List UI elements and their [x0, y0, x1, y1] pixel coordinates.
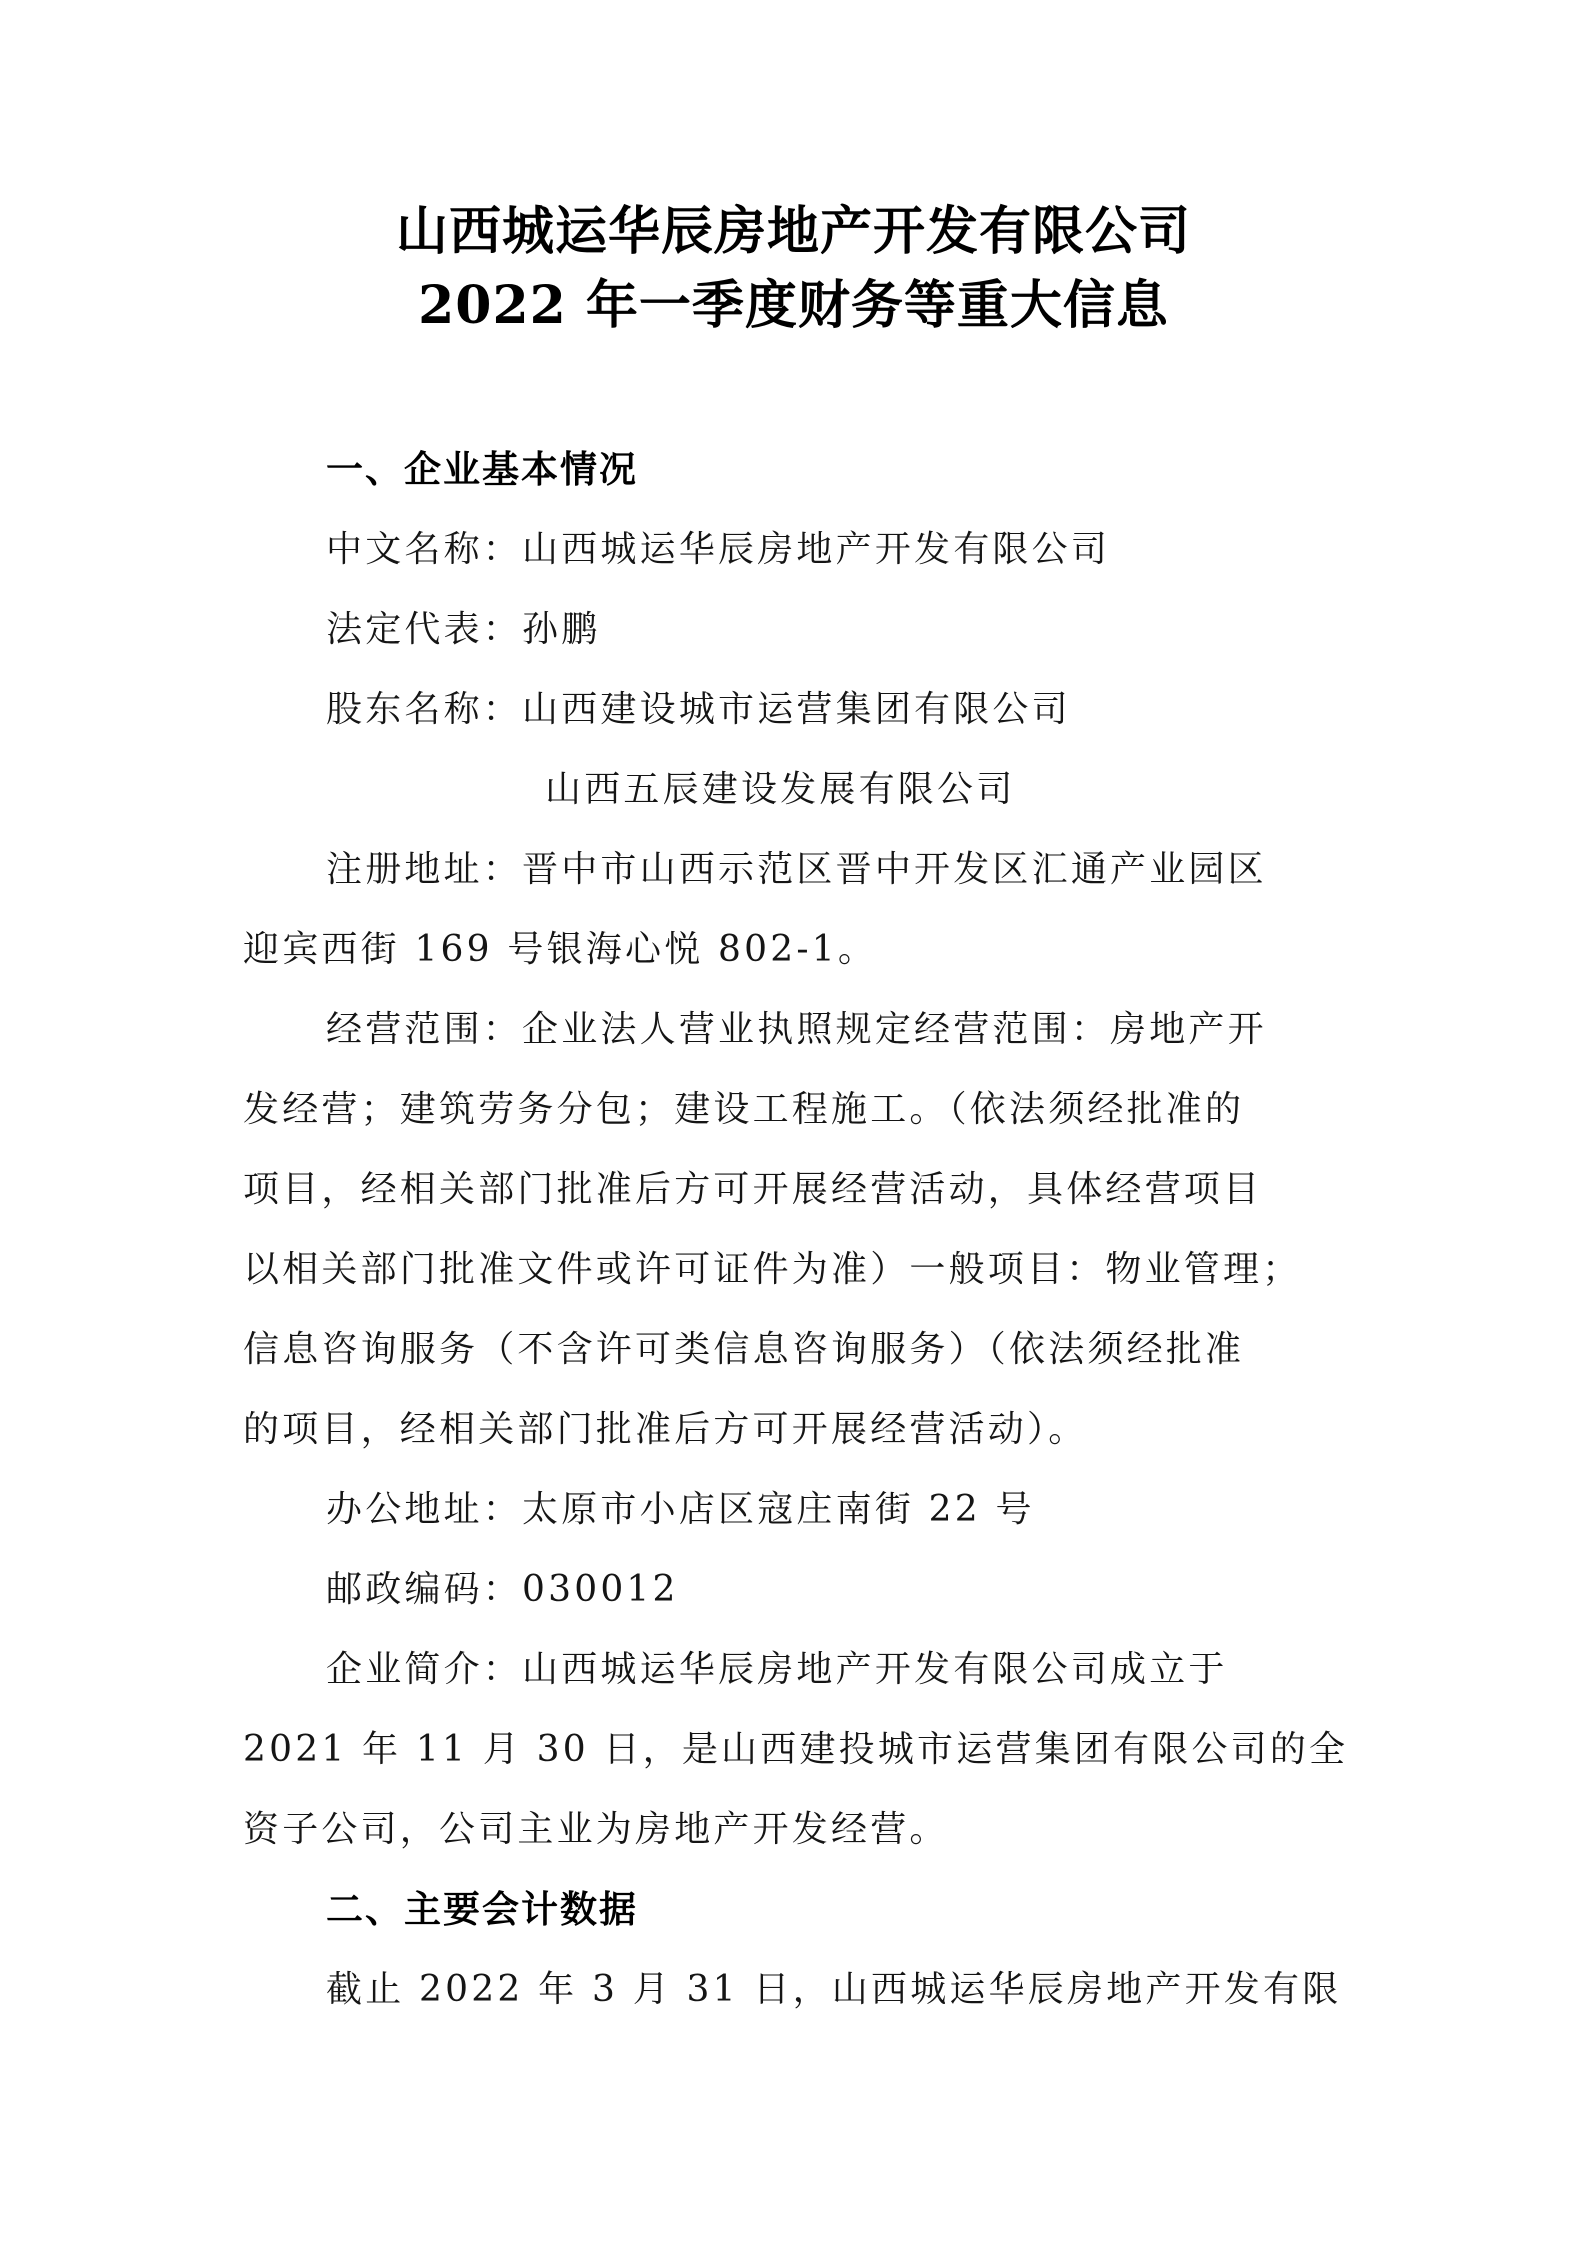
document-page: 山西城运华辰房地产开发有限公司 2022 年一季度财务等重大信息 一、企业基本情…: [0, 0, 1587, 2245]
field-label: 中文名称：: [326, 529, 522, 570]
field-value: 山西城运华辰房地产开发有限公司成立于: [522, 1649, 1228, 1690]
company-profile-line: 资子公司，公司主业为房地产开发经营。: [243, 1790, 1345, 1870]
business-scope-line: 以相关部门批准文件或许可证件为准）一般项目：物业管理；: [243, 1230, 1345, 1310]
field-label: 注册地址：: [326, 849, 522, 890]
shareholder-1: 山西建设城市运营集团有限公司: [522, 689, 1071, 730]
business-scope-line: 项目，经相关部门批准后方可开展经营活动，具体经营项目: [243, 1150, 1345, 1230]
field-value: 晋中市山西示范区晋中开发区汇通产业园区: [522, 849, 1267, 890]
field-value: 030012: [522, 1569, 679, 1610]
field-label: 邮政编码：: [326, 1569, 522, 1610]
accounting-data-paragraph: 截止 2022 年 3 月 31 日，山西城运华辰房地产开发有限: [326, 1950, 1346, 2030]
field-chinese-name: 中文名称：山西城运华辰房地产开发有限公司: [326, 510, 1346, 590]
field-value: 山西城运华辰房地产开发有限公司: [522, 529, 1110, 570]
business-scope-line: 信息咨询服务（不含许可类信息咨询服务）（依法须经批准: [243, 1310, 1345, 1390]
field-value: 太原市小店区寇庄南街 22 号: [522, 1489, 1035, 1530]
field-legal-representative: 法定代表：孙鹏: [326, 590, 1346, 670]
field-label: 法定代表：: [326, 609, 522, 650]
field-office-address: 办公地址：太原市小店区寇庄南街 22 号: [326, 1470, 1346, 1550]
field-business-scope: 经营范围：企业法人营业执照规定经营范围：房地产开: [326, 990, 1346, 1070]
field-label: 经营范围：: [326, 1009, 522, 1050]
field-label: 股东名称：: [326, 689, 522, 730]
company-profile-line: 2021 年 11 月 30 日，是山西建投城市运营集团有限公司的全: [243, 1710, 1345, 1790]
field-shareholders: 股东名称：山西建设城市运营集团有限公司: [326, 670, 1346, 750]
shareholder-2: 山西五辰建设发展有限公司: [545, 750, 1345, 830]
section-heading-accounting-data: 二、主要会计数据: [326, 1870, 1346, 1950]
field-postal-code: 邮政编码：030012: [326, 1550, 1346, 1630]
field-label: 办公地址：: [326, 1489, 522, 1530]
field-label: 企业简介：: [326, 1649, 522, 1690]
business-scope-line: 的项目，经相关部门批准后方可开展经营活动）。: [243, 1390, 1345, 1470]
business-scope-line: 发经营；建筑劳务分包；建设工程施工。（依法须经批准的: [243, 1070, 1345, 1150]
document-title-line-1: 山西城运华辰房地产开发有限公司: [0, 196, 1587, 268]
field-company-profile: 企业简介：山西城运华辰房地产开发有限公司成立于: [326, 1630, 1346, 1710]
field-registered-address: 注册地址：晋中市山西示范区晋中开发区汇通产业园区: [326, 830, 1346, 910]
document-title-line-2: 2022 年一季度财务等重大信息: [0, 270, 1587, 342]
section-heading-basic-info: 一、企业基本情况: [326, 430, 1346, 510]
field-value: 企业法人营业执照规定经营范围：房地产开: [522, 1009, 1267, 1050]
field-value: 孙鹏: [522, 609, 600, 650]
registered-address-continued: 迎宾西街 169 号银海心悦 802-1。: [243, 910, 1345, 990]
